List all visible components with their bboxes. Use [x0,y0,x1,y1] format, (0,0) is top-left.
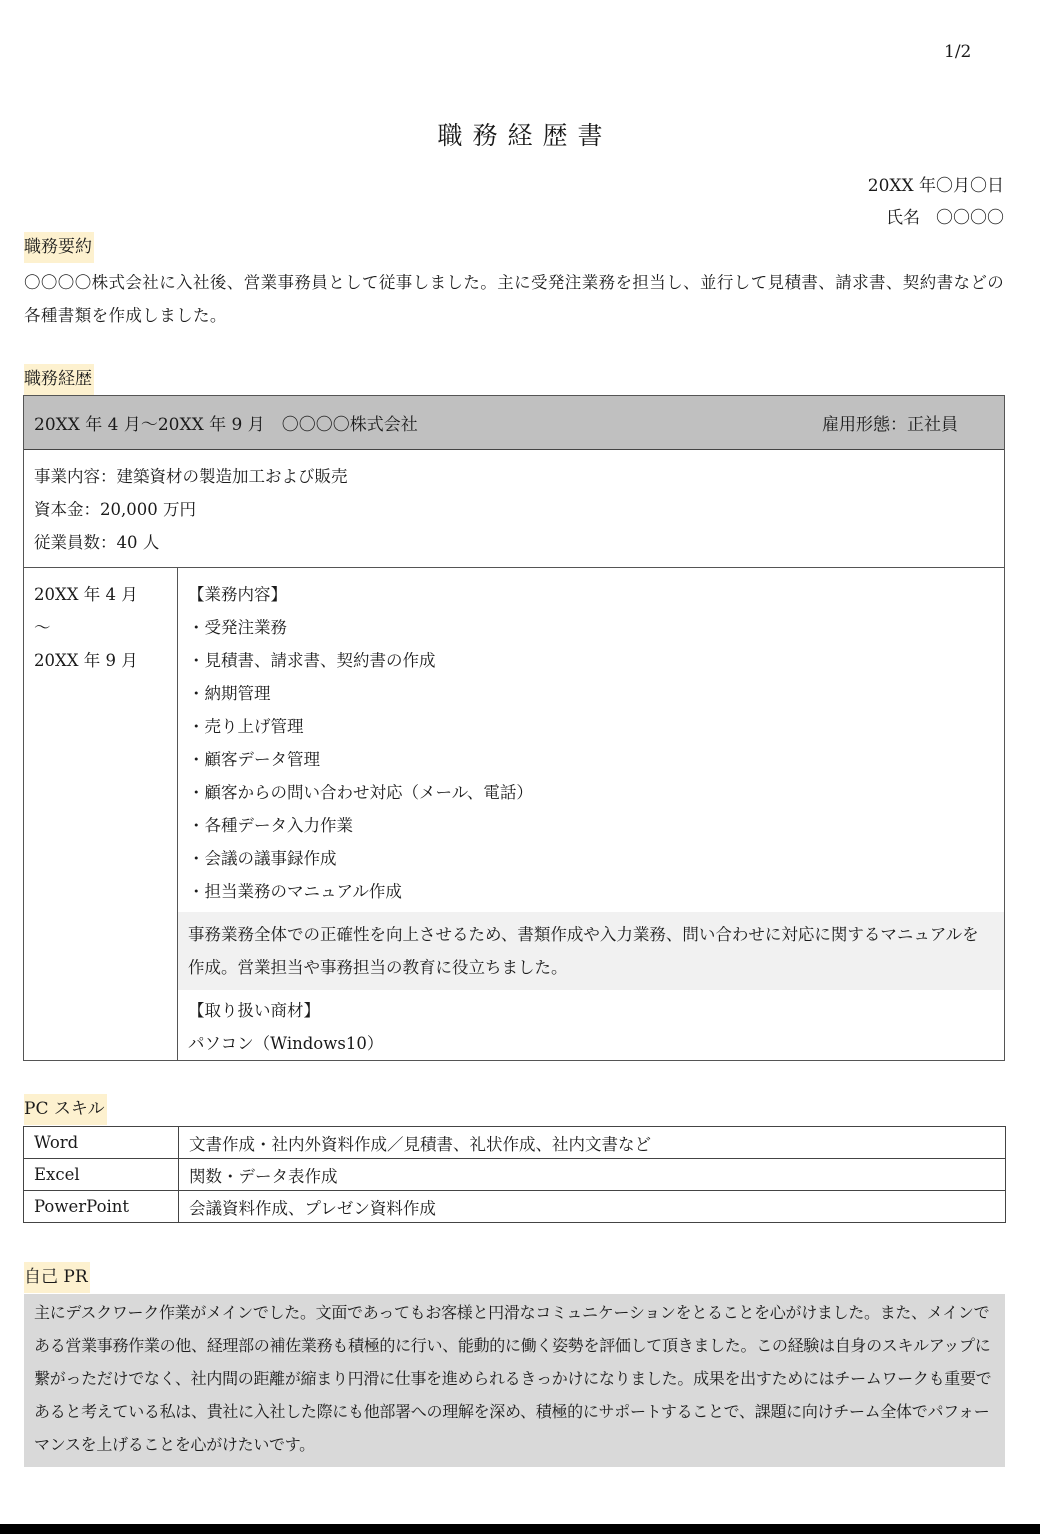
skill-desc: 関数・データ表作成 [179,1159,1006,1191]
company-employees: 従業員数：40 人 [34,526,994,559]
page-number: 1/2 [944,42,971,62]
section-heading-summary: 職務要約 [24,232,94,263]
skill-name: PowerPoint [24,1191,179,1223]
achievement-note: 事務業務全体での正確性を向上させるため、書類作成や入力業務、問い合わせに対応に関… [178,912,1004,990]
skills-table: Word 文書作成・社内外資料作成／見積書、礼状作成、社内文書など Excel … [23,1126,1006,1223]
career-detail-cell: 【業務内容】 ・受発注業務 ・見積書、請求書、契約書の作成 ・納期管理 ・売り上… [178,568,1004,1060]
duty-item: ・見積書、請求書、契約書の作成 [188,644,994,677]
table-row: Excel 関数・データ表作成 [24,1159,1006,1191]
company-capital: 資本金：20,000 万円 [34,493,994,526]
section-heading-pr: 自己 PR [24,1262,90,1293]
skill-name: Word [24,1127,179,1159]
skill-desc: 会議資料作成、プレゼン資料作成 [179,1191,1006,1223]
company-info: 事業内容：建築資材の製造加工および販売 資本金：20,000 万円 従業員数：4… [24,450,1004,568]
duties-heading: 【業務内容】 [188,578,994,611]
summary-text: 〇〇〇〇株式会社に入社後、営業事務員として従事しました。主に受発注業務を担当し、… [24,266,1006,332]
tools-value: パソコン（Windows10） [188,1027,994,1060]
period-end: 20XX 年 9 月 [34,644,167,677]
document-date: 20XX 年〇月〇日 [868,171,1004,196]
document-title: 職務経歴書 [0,116,1040,152]
duty-item: ・顧客データ管理 [188,743,994,776]
name-label: 氏名 [886,208,920,228]
duty-item: ・売り上げ管理 [188,710,994,743]
employment-type: 雇用形態：正社員 [822,410,958,435]
section-heading-career: 職務経歴 [24,364,94,395]
tools-heading: 【取り扱い商材】 [188,994,994,1027]
table-row: PowerPoint 会議資料作成、プレゼン資料作成 [24,1191,1006,1223]
skill-name: Excel [24,1159,179,1191]
applicant-name: 氏名〇〇〇〇 [886,203,1004,228]
self-pr-text: 主にデスクワーク作業がメインでした。文面であってもお客様と円滑なコミュニケーショ… [24,1294,1005,1467]
period-start: 20XX 年 4 月 [34,578,167,611]
section-heading-skills: PC スキル [24,1094,107,1125]
duty-item: ・会議の議事録作成 [188,842,994,875]
name-value: 〇〇〇〇 [936,208,1004,228]
career-period-cell: 20XX 年 4 月 ～ 20XX 年 9 月 [24,568,178,1060]
duty-item: ・受発注業務 [188,611,994,644]
period-separator: ～ [34,611,167,644]
career-period-company: 20XX 年 4 月～20XX 年 9 月 〇〇〇〇株式会社 [34,410,418,435]
duty-item: ・各種データ入力作業 [188,809,994,842]
career-table: 20XX 年 4 月～20XX 年 9 月 〇〇〇〇株式会社 雇用形態：正社員 … [23,395,1005,1061]
table-row: Word 文書作成・社内外資料作成／見積書、礼状作成、社内文書など [24,1127,1006,1159]
duty-item: ・顧客からの問い合わせ対応（メール、電話） [188,776,994,809]
skill-desc: 文書作成・社内外資料作成／見積書、礼状作成、社内文書など [179,1127,1006,1159]
duty-item: ・担当業務のマニュアル作成 [188,875,994,908]
career-body-row: 20XX 年 4 月 ～ 20XX 年 9 月 【業務内容】 ・受発注業務 ・見… [24,568,1004,1060]
duty-item: ・納期管理 [188,677,994,710]
career-header-row: 20XX 年 4 月～20XX 年 9 月 〇〇〇〇株式会社 雇用形態：正社員 [24,396,1004,450]
company-business: 事業内容：建築資材の製造加工および販売 [34,460,994,493]
bottom-edge-bar [0,1524,1040,1534]
